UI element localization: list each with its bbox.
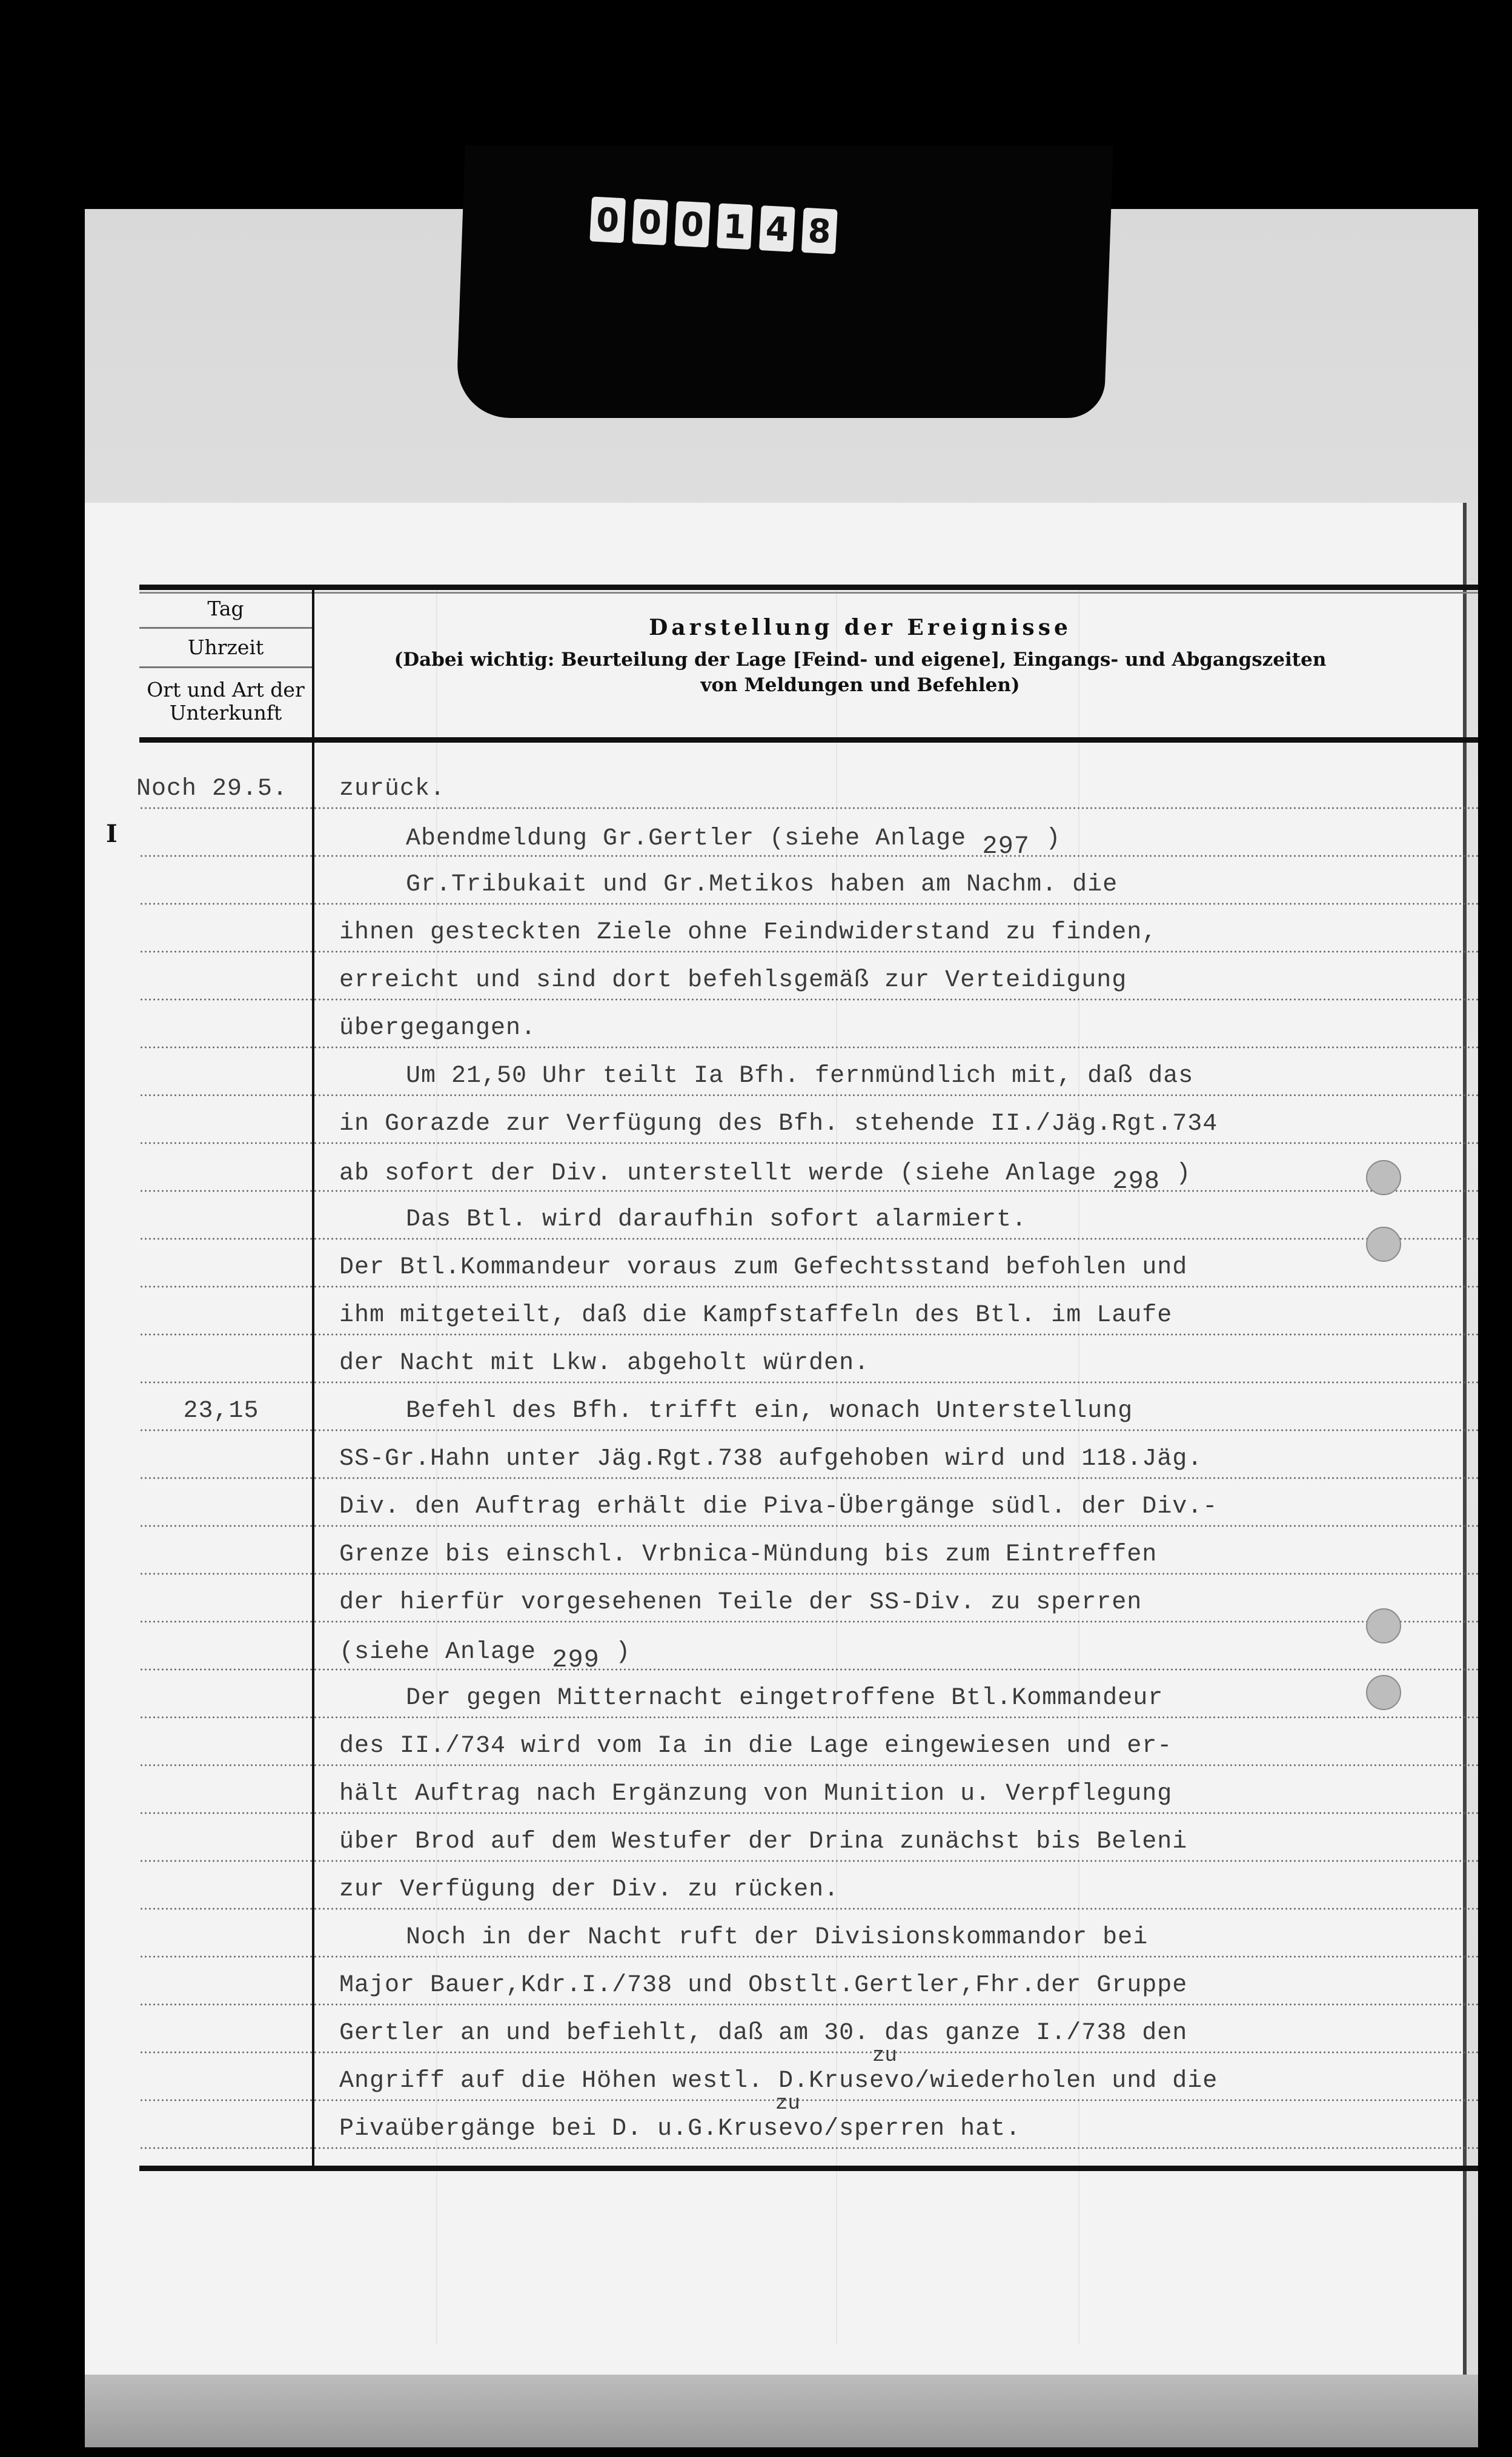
entry-text: Der gegen Mitternacht eingetroffene Btl.… (406, 1685, 1163, 1712)
entry-text-content: Um 21,50 Uhr teilt Ia Bfh. fernmündlich … (406, 1063, 1193, 1090)
entry-text: Major Bauer,Kdr.I./738 und Obstlt.Gertle… (339, 1972, 1187, 1999)
entry-text-content: in Gorazde zur Verfügung des Bfh. stehen… (339, 1110, 1218, 1138)
ruled-line (139, 1764, 1478, 1766)
entry-text: Das Btl. wird daraufhin sofort alarmiert… (406, 1206, 1027, 1233)
entry-text-content: SS-Gr.Hahn unter Jäg.Rgt.738 aufgehoben … (339, 1445, 1202, 1473)
ruled-line (139, 2099, 1478, 2101)
entry-text-content: der hierfür vorgesehenen Teile der SS-Di… (339, 1589, 1142, 1616)
handwritten-insertion: zu (872, 2044, 897, 2067)
entry-text-content: (siehe Anlage (339, 1639, 536, 1666)
entry-date: Noch 29.5. (136, 775, 306, 803)
ruled-line (139, 1190, 1478, 1192)
entry-text: (siehe Anlage 299 ) (339, 1637, 631, 1666)
column-divider (312, 588, 314, 2166)
header-time: Uhrzeit (139, 627, 312, 668)
entry-text-content: Gr.Tribukait und Gr.Metikos haben am Nac… (406, 871, 1118, 898)
ruled-line (139, 2003, 1478, 2006)
entry-text-content: Angriff auf die Höhen westl. D.Krusevo/w… (339, 2067, 1218, 2095)
header-subtitle-line2: von Meldungen und Befehlen) (315, 673, 1405, 698)
entry-text: Befehl des Bfh. trifft ein, wonach Unter… (406, 1398, 1133, 1425)
ruled-line (139, 807, 1478, 809)
entry-text-content: über Brod auf dem Westufer der Drina zun… (339, 1828, 1187, 1855)
entry-text: ihnen gesteckten Ziele ohne Feindwiderst… (339, 919, 1157, 946)
ruled-line (139, 1285, 1478, 1288)
annex-close-paren: ) (1176, 1160, 1191, 1187)
stamp-digit: 0 (589, 196, 626, 243)
page-bottom-edge (85, 2375, 1478, 2447)
entry-text-content: Der gegen Mitternacht eingetroffene Btl.… (406, 1685, 1163, 1712)
entry-text: ihm mitgeteilt, daß die Kampfstaffeln de… (339, 1302, 1172, 1329)
header-left-column: Tag Uhrzeit Ort und Art der Unterkunft (139, 591, 312, 737)
entry-text-content: ihm mitgeteilt, daß die Kampfstaffeln de… (339, 1302, 1172, 1329)
ruled-line (139, 1238, 1478, 1240)
punch-hole (1366, 1160, 1401, 1195)
entry-text: Angriff auf die Höhen westl. D.Krusevo/w… (339, 2067, 1218, 2095)
margin-mark: I (106, 820, 118, 848)
annex-close-paren: ) (615, 1639, 631, 1666)
header-main-column: Darstellung der Ereignisse (Dabei wichti… (315, 591, 1405, 737)
archive-clip (456, 145, 1113, 418)
ruled-line (139, 1860, 1478, 1862)
entry-text-content: zur Verfügung der Div. zu rücken. (339, 1876, 839, 1903)
entry-text: über Brod auf dem Westufer der Drina zun… (339, 1828, 1187, 1855)
ruled-line (139, 1333, 1478, 1336)
stamp-digit: 4 (759, 205, 795, 252)
entry-text: Der Btl.Kommandeur voraus zum Gefechtsst… (339, 1254, 1187, 1281)
entry-text: Gertler an und befiehlt, daß am 30. das … (339, 2020, 1187, 2047)
entry-date: 23,15 (136, 1398, 306, 1425)
entry-text-content: Der Btl.Kommandeur voraus zum Gefechtsst… (339, 1254, 1187, 1281)
entry-text-content: ab sofort der Div. unterstellt werde (si… (339, 1160, 1096, 1187)
ruled-line (139, 998, 1478, 1001)
entry-text: übergegangen. (339, 1015, 536, 1042)
ruled-line (139, 2051, 1478, 2054)
annex-number: 298 (1096, 1167, 1176, 1196)
document-page: Tag Uhrzeit Ort und Art der Unterkunft D… (85, 503, 1467, 2375)
ruled-line (139, 1716, 1478, 1719)
header-place-line1: Ort und Art der (147, 678, 305, 701)
entry-text-content: Abendmeldung Gr.Gertler (siehe Anlage (406, 825, 966, 852)
ruled-line (139, 1429, 1478, 1431)
annex-number: 299 (536, 1645, 615, 1674)
ruled-line (139, 903, 1478, 905)
entry-text: Pivaübergänge bei D. u.G.Krusevo/sperren… (339, 2115, 1021, 2143)
header-top-rule (139, 585, 1478, 590)
entry-text: erreicht und sind dort befehlsgemäß zur … (339, 967, 1127, 994)
header-title: Darstellung der Ereignisse (315, 615, 1405, 640)
stamp-digit: 1 (717, 203, 753, 250)
entry-text-content: Div. den Auftrag erhält die Piva-Übergän… (339, 1493, 1218, 1520)
entry-text: Abendmeldung Gr.Gertler (siehe Anlage 29… (406, 823, 1061, 852)
ruled-line (139, 1094, 1478, 1096)
entry-text-content: erreicht und sind dort befehlsgemäß zur … (339, 967, 1127, 994)
entry-text: Um 21,50 Uhr teilt Ia Bfh. fernmündlich … (406, 1063, 1193, 1090)
entry-text: zurück. (339, 775, 445, 803)
annex-close-paren: ) (1046, 825, 1061, 852)
ruled-line (139, 1046, 1478, 1049)
entry-text: der Nacht mit Lkw. abgeholt würden. (339, 1350, 869, 1377)
ruled-line (139, 855, 1478, 857)
entry-text-content: Gertler an und befiehlt, daß am 30. das … (339, 2020, 1187, 2047)
entry-text: des II./734 wird vom Ia in die Lage eing… (339, 1732, 1172, 1760)
header-day: Tag (139, 591, 312, 627)
entry-text: Grenze bis einschl. Vrbnica-Mündung bis … (339, 1541, 1157, 1568)
entry-text-content: ihnen gesteckten Ziele ohne Feindwiderst… (339, 919, 1157, 946)
entry-text: SS-Gr.Hahn unter Jäg.Rgt.738 aufgehoben … (339, 1445, 1202, 1473)
entry-text-content: Major Bauer,Kdr.I./738 und Obstlt.Gertle… (339, 1972, 1187, 1999)
ruled-line (139, 1668, 1478, 1671)
entry-text: Gr.Tribukait und Gr.Metikos haben am Nac… (406, 871, 1118, 898)
entry-text-content: des II./734 wird vom Ia in die Lage eing… (339, 1732, 1172, 1760)
entry-text: in Gorazde zur Verfügung des Bfh. stehen… (339, 1110, 1218, 1138)
ruled-line (139, 1477, 1478, 1479)
header-place-line2: Unterkunft (170, 701, 282, 724)
entry-text-content: Befehl des Bfh. trifft ein, wonach Unter… (406, 1398, 1133, 1425)
entry-text-content: Grenze bis einschl. Vrbnica-Mündung bis … (339, 1541, 1157, 1568)
entry-text-content: hält Auftrag nach Ergänzung von Munition… (339, 1780, 1172, 1808)
ruled-line (139, 1955, 1478, 1958)
punch-hole (1366, 1608, 1401, 1643)
entry-text-content: übergegangen. (339, 1015, 536, 1042)
ruled-line (139, 2147, 1478, 2149)
header-subtitle: (Dabei wichtig: Beurteilung der Lage [Fe… (315, 648, 1405, 698)
entry-text-content: Das Btl. wird daraufhin sofort alarmiert… (406, 1206, 1027, 1233)
entry-text: der hierfür vorgesehenen Teile der SS-Di… (339, 1589, 1142, 1616)
ruled-line (139, 1573, 1478, 1575)
ruled-line (139, 1620, 1478, 1623)
header-subtitle-line1: (Dabei wichtig: Beurteilung der Lage [Fe… (315, 648, 1405, 673)
header-place: Ort und Art der Unterkunft (139, 668, 312, 735)
table-bottom-rule (139, 2166, 1478, 2171)
entry-text: Div. den Auftrag erhält die Piva-Übergän… (339, 1493, 1218, 1520)
entry-text-content: zurück. (339, 775, 445, 803)
entry-text: ab sofort der Div. unterstellt werde (si… (339, 1158, 1191, 1187)
entry-text-content: Noch in der Nacht ruft der Divisionskomm… (406, 1924, 1148, 1951)
entry-text: Noch in der Nacht ruft der Divisionskomm… (406, 1924, 1148, 1951)
punch-hole (1366, 1227, 1401, 1262)
header-bottom-rule (139, 737, 1478, 743)
ruled-line (139, 1812, 1478, 1814)
punch-hole (1366, 1675, 1401, 1710)
ruled-line (139, 1908, 1478, 1910)
entry-text: zur Verfügung der Div. zu rücken. (339, 1876, 839, 1903)
ruled-line (139, 1525, 1478, 1527)
stamp-digit: 0 (632, 199, 668, 245)
entry-text-content: der Nacht mit Lkw. abgeholt würden. (339, 1350, 869, 1377)
stamp-digit: 8 (801, 208, 838, 254)
ruled-line (139, 1381, 1478, 1384)
ruled-line (139, 1142, 1478, 1144)
stamp-digit: 0 (674, 201, 711, 248)
entry-text: hält Auftrag nach Ergänzung von Munition… (339, 1780, 1172, 1808)
annex-number: 297 (966, 832, 1046, 861)
entry-text-content: Pivaübergänge bei D. u.G.Krusevo/sperren… (339, 2115, 1021, 2143)
ruled-line (139, 950, 1478, 953)
handwritten-insertion: zu (775, 2092, 800, 2115)
